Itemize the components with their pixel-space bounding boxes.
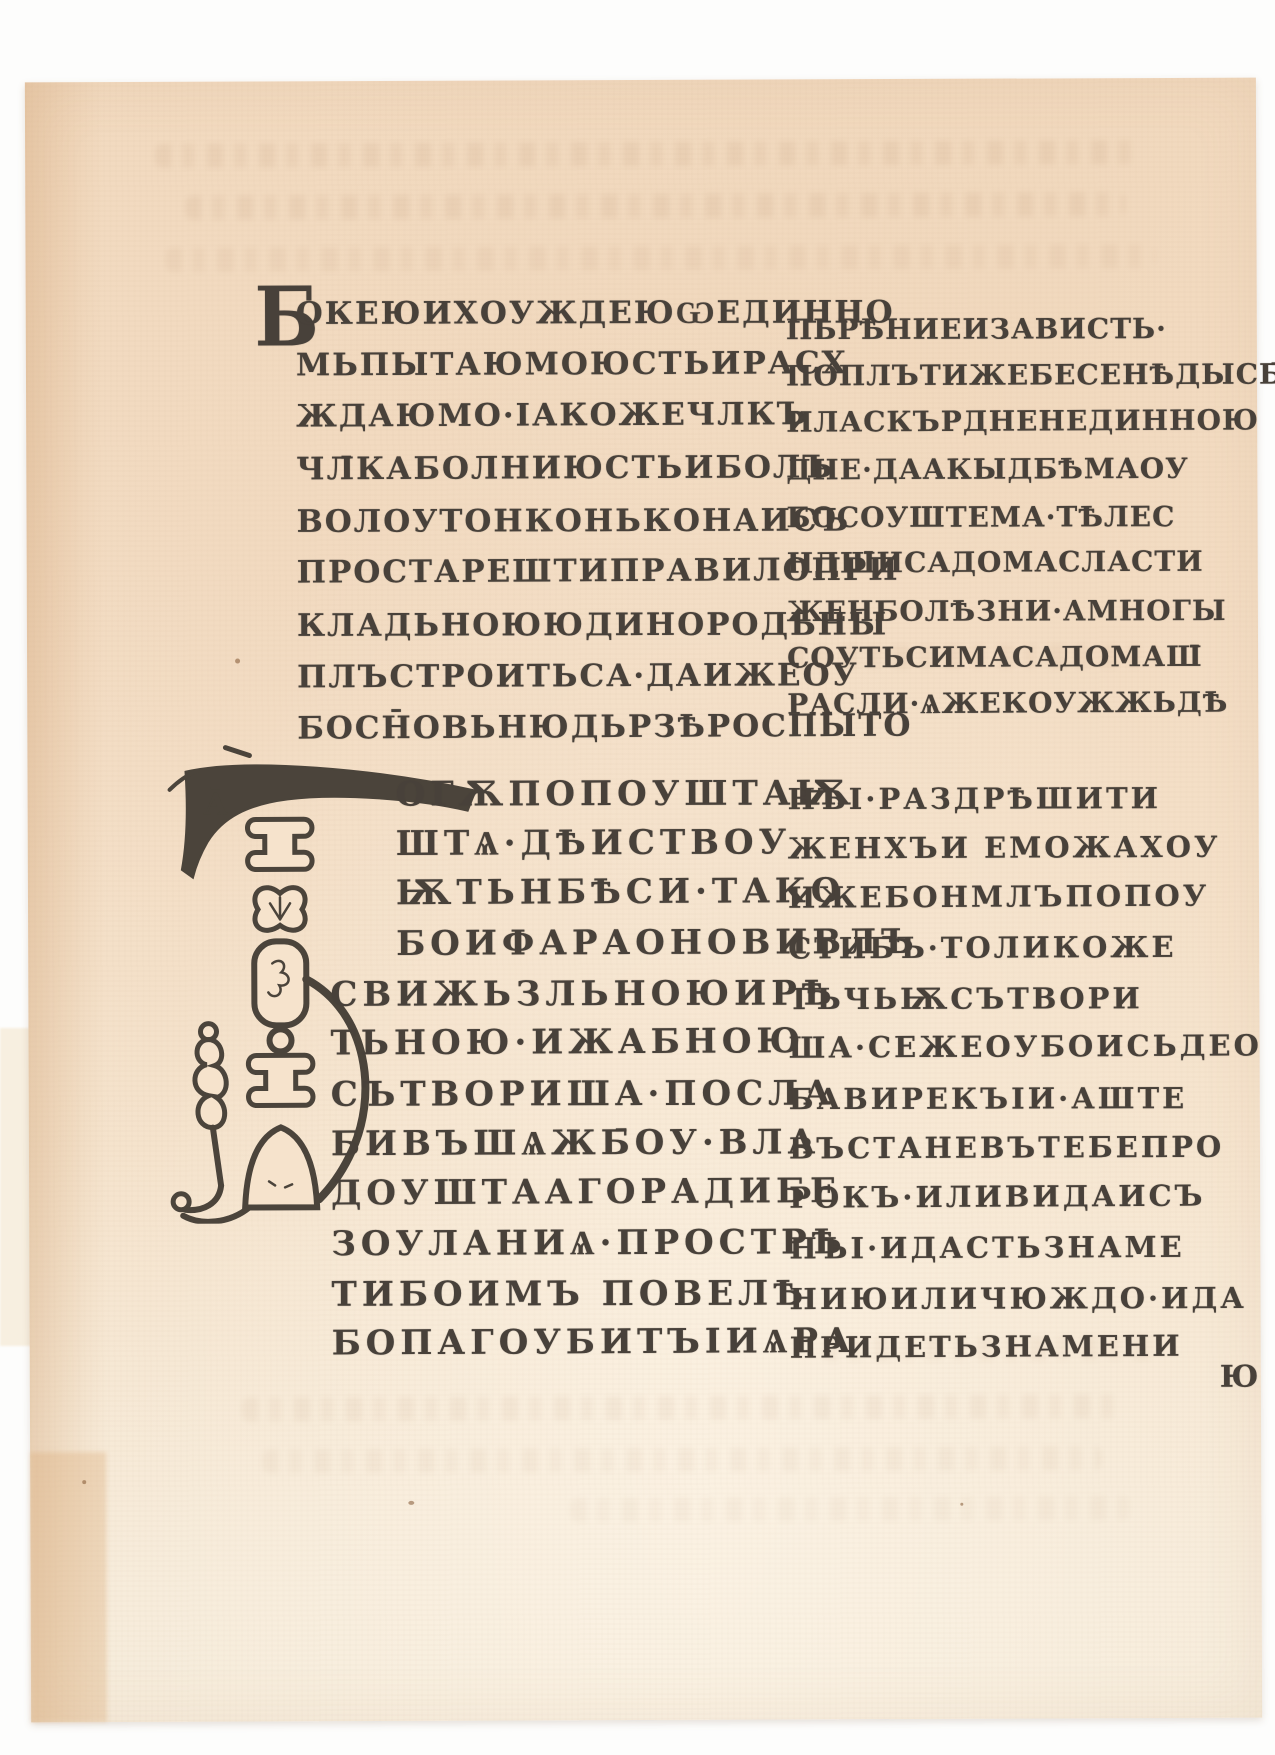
manuscript-line: ПОПЛЪТИЖЕБЕСЕНѢДЫСБ̄О: [786, 350, 1275, 399]
manuscript-line: СТИБ̄Ъ·ТОЛИКОЖЕ: [788, 922, 1261, 974]
bleedthrough-row: [165, 244, 1155, 272]
manuscript-page: Б ОКЕЮИХОУЖДЕЮѠЕДИННО МЬПЫТАЮМОЮСТЬИРАСХ…: [25, 78, 1262, 1723]
manuscript-line: ПЬРѢНИЕИЗАВИСТЬ·: [786, 305, 1275, 353]
manuscript-line: НЪІ·ИДАСТЬЗНАМЕ: [789, 1222, 1262, 1274]
right-column-paragraph-1: ПЬРѢНИЕИЗАВИСТЬ· ПОПЛЪТИЖЕБЕСЕНѢДЫСБ̄О И…: [786, 303, 1275, 728]
manuscript-line: РОКЪ·ИЛИВИДАИСЪ: [789, 1170, 1262, 1222]
manuscript-line: ИЖЕБОНМЛЪПОПОУ: [788, 870, 1261, 922]
bleedthrough-row: [570, 1496, 1130, 1522]
manuscript-line: ПРИДЕТЬЗНАМЕНИ: [790, 1320, 1263, 1372]
manuscript-line: БАВИРЕКЪІИ·АШТЕ: [789, 1073, 1262, 1124]
manuscript-line: ИЛАСКЪРДНЕНЕДИННОЮ: [786, 396, 1275, 446]
manuscript-line: ЖЕНХЪИ ЕМОЖАХОУ: [788, 822, 1261, 874]
manuscript-line: ША·СЕЖЕОУБОИСЬДЕО: [788, 1020, 1261, 1072]
bleedthrough-row: [262, 1446, 1102, 1473]
manuscript-line: НИЮИЛИЧЮЖДО·ИДА: [789, 1273, 1262, 1324]
manuscript-line: РАСЛИ·ѦЖЕКОУЖЖЬДѢ: [787, 678, 1275, 728]
manuscript-line: БОСОУШТЕМА·ТѢЛЕС: [786, 493, 1275, 541]
page-bottom-left-shading: [30, 1452, 107, 1722]
hanging-letter: Ю: [1220, 1360, 1259, 1395]
ink-speck: [82, 1480, 86, 1484]
bleedthrough-row: [185, 192, 1125, 220]
manuscript-line: НДШ̄ИСАДОМАСЛАСТИ: [787, 537, 1275, 587]
manuscript-line: НЪІ·РАЗДРѢШИТИ: [788, 773, 1261, 824]
scanned-manuscript-photo: Б ОКЕЮИХОУЖДЕЮѠЕДИННО МЬПЫТАЮМОЮСТЬИРАСХ…: [0, 0, 1275, 1755]
ink-speck: [408, 1501, 414, 1505]
ink-speck: [235, 659, 240, 664]
right-column-paragraph-2: НЪІ·РАЗДРѢШИТИ ЖЕНХЪИ ЕМОЖАХОУ ИЖЕБОНМЛЪ…: [788, 772, 1264, 1374]
manuscript-line: ТЪЧЬѬСЪТВОРИ: [788, 973, 1261, 1024]
marginal-note: А̄: [204, 788, 229, 823]
manuscript-line: ДНЕ·ДААКЫДБѢМАОУ: [786, 444, 1275, 493]
ink-speck: [960, 1503, 963, 1506]
bleedthrough-row: [242, 1394, 1122, 1421]
manuscript-line: ЖЕНБОЛѢЗНИ·АМНОГЫ: [787, 587, 1275, 635]
bleedthrough-row: [155, 140, 1135, 168]
manuscript-line: СОУТЬСИМАСАДОМАШ̄: [787, 632, 1275, 681]
manuscript-line: ВЪСТАНЕВЪТЕБЕПРО: [789, 1122, 1262, 1174]
page-left-shading: [25, 82, 109, 1722]
